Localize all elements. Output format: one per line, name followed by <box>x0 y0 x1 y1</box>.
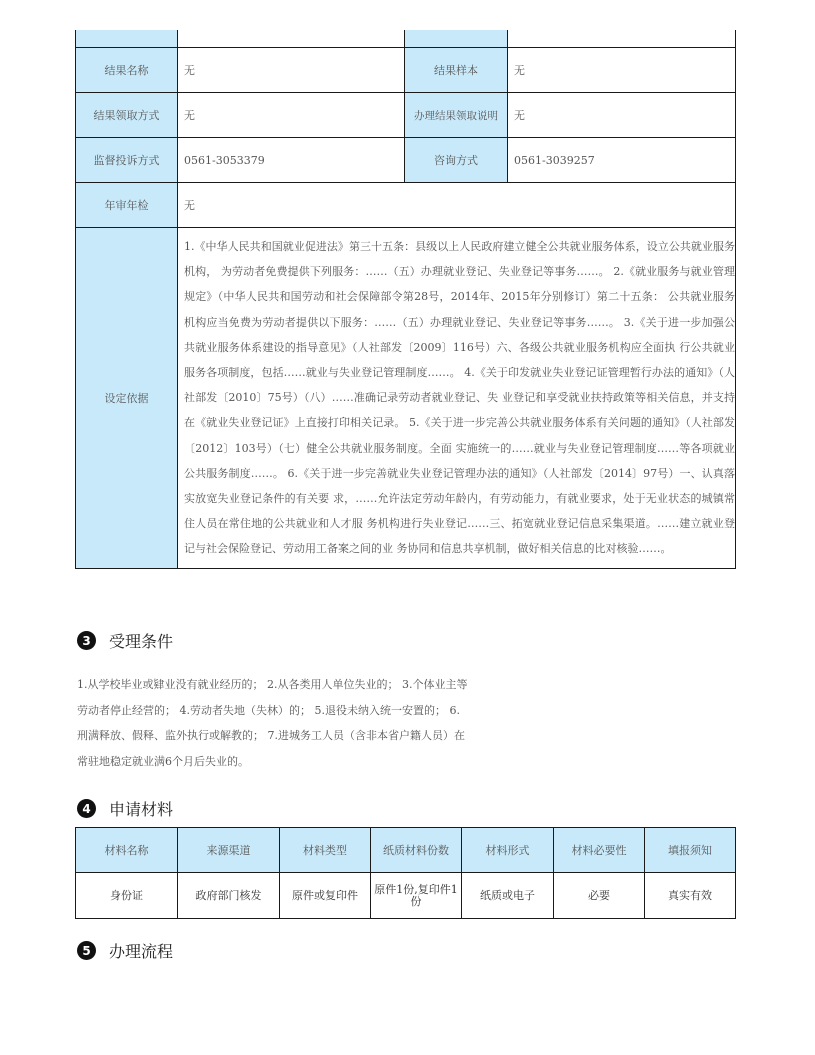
material-source: 政府部门核发 <box>178 873 280 919</box>
section-heading-process: 5 办理流程 <box>77 939 173 962</box>
result-name-value: 无 <box>178 48 405 93</box>
table-row: 监督投诉方式 0561-3053379 咨询方式 0561-3039257 <box>76 138 736 183</box>
number-badge-icon: 4 <box>77 799 96 818</box>
material-form: 纸质或电子 <box>462 873 554 919</box>
section-title: 受理条件 <box>109 629 173 652</box>
inquiry-phone: 0561-3039257 <box>508 138 736 183</box>
complaint-phone: 0561-3053379 <box>178 138 405 183</box>
column-header: 来源渠道 <box>178 828 280 873</box>
material-name: 身份证 <box>76 873 178 919</box>
table-row: 结果领取方式 无 办理结果领取说明 无 <box>76 93 736 138</box>
legal-basis-text: 1.《中华人民共和国就业促进法》第三十五条：县级以上人民政府建立健全公共就业服务… <box>178 228 736 569</box>
result-info-table: 结果名称 无 结果样本 无 结果领取方式 无 办理结果领取说明 无 监督投诉方式… <box>75 30 736 569</box>
table-row: 设定依据 1.《中华人民共和国就业促进法》第三十五条：县级以上人民政府建立健全公… <box>76 228 736 569</box>
acceptance-conditions-text: 1.从学校毕业或肄业没有就业经历的； 2.从各类用人单位失业的； 3.个体业主等… <box>77 672 469 774</box>
table-row-partial <box>76 30 736 48</box>
table-row: 结果名称 无 结果样本 无 <box>76 48 736 93</box>
section-heading-acceptance: 3 受理条件 <box>77 629 173 652</box>
table-row: 年审年检 无 <box>76 183 736 228</box>
result-sample-label: 结果样本 <box>405 48 508 93</box>
column-header: 材料形式 <box>462 828 554 873</box>
result-pickup-method-label: 结果领取方式 <box>76 93 178 138</box>
section-title: 申请材料 <box>109 797 173 820</box>
table-row: 身份证 政府部门核发 原件或复印件 原件1份,复印件1份 纸质或电子 必要 真实… <box>76 873 736 919</box>
column-header: 材料类型 <box>280 828 371 873</box>
result-pickup-method-value: 无 <box>178 93 405 138</box>
material-necessity: 必要 <box>554 873 645 919</box>
number-badge-icon: 5 <box>77 941 96 960</box>
annual-review-value: 无 <box>178 183 736 228</box>
section-title: 办理流程 <box>109 939 173 962</box>
material-type: 原件或复印件 <box>280 873 371 919</box>
inquiry-method-label: 咨询方式 <box>405 138 508 183</box>
section-heading-materials: 4 申请材料 <box>77 797 173 820</box>
column-header: 材料名称 <box>76 828 178 873</box>
table-header-row: 材料名称 来源渠道 材料类型 纸质材料份数 材料形式 材料必要性 填报须知 <box>76 828 736 873</box>
material-copies: 原件1份,复印件1份 <box>371 873 462 919</box>
column-header: 填报须知 <box>645 828 736 873</box>
complaint-method-label: 监督投诉方式 <box>76 138 178 183</box>
materials-table: 材料名称 来源渠道 材料类型 纸质材料份数 材料形式 材料必要性 填报须知 身份… <box>75 827 736 919</box>
annual-review-label: 年审年检 <box>76 183 178 228</box>
result-pickup-note-value: 无 <box>508 93 736 138</box>
legal-basis-label: 设定依据 <box>76 228 178 569</box>
result-sample-value: 无 <box>508 48 736 93</box>
material-notes: 真实有效 <box>645 873 736 919</box>
column-header: 材料必要性 <box>554 828 645 873</box>
result-pickup-note-label: 办理结果领取说明 <box>405 93 508 138</box>
column-header: 纸质材料份数 <box>371 828 462 873</box>
number-badge-icon: 3 <box>77 631 96 650</box>
result-name-label: 结果名称 <box>76 48 178 93</box>
